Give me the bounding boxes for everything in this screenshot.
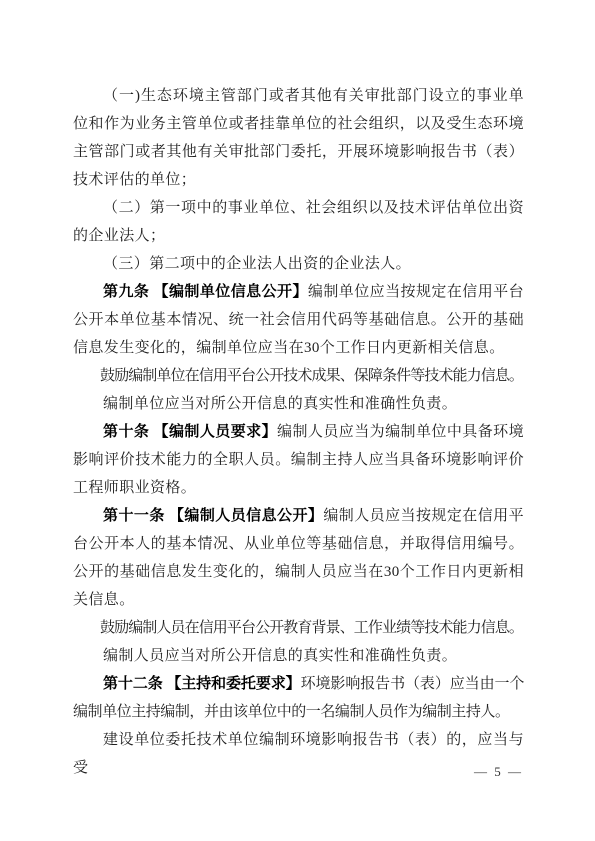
document-body: （一)生态环境主管部门或者其他有关审批部门设立的事业单位和作为业务主管单位或者挂… — [73, 82, 524, 782]
paragraph: 第十一条 【编制人员信息公开】编制人员应当按规定在信用平台公开本人的基本情况、从… — [73, 502, 524, 614]
paragraph-text: （三）第二项中的企业法人出资的企业法人。 — [103, 256, 411, 272]
paragraph: 鼓励编制人员在信用平台公开教育背景、工作业绩等技术能力信息。 — [73, 614, 524, 642]
paragraph-text: 编制人员应当对所公开信息的真实性和准确性负责。 — [103, 648, 457, 664]
paragraph-text: 编制单位应当对所公开信息的真实性和准确性负责。 — [103, 396, 457, 412]
paragraph: （一)生态环境主管部门或者其他有关审批部门设立的事业单位和作为业务主管单位或者挂… — [73, 82, 524, 194]
paragraph: 建设单位委托技术单位编制环境影响报告书（表）的，应当与受 — [73, 726, 524, 782]
paragraph-text: （二）第一项中的事业单位、社会组织以及技术评估单位出资的企业法人； — [73, 200, 524, 244]
paragraph: 第十条 【编制人员要求】编制人员应当为编制单位中具备环境影响评价技术能力的全职人… — [73, 418, 524, 502]
paragraph: 编制人员应当对所公开信息的真实性和准确性负责。 — [73, 642, 524, 670]
paragraph: 编制单位应当对所公开信息的真实性和准确性负责。 — [73, 390, 524, 418]
paragraph: 第十二条 【主持和委托要求】环境影响报告书（表）应当由一个编制单位主持编制，并由… — [73, 670, 524, 726]
paragraph: （二）第一项中的事业单位、社会组织以及技术评估单位出资的企业法人； — [73, 194, 524, 250]
document-page: （一)生态环境主管部门或者其他有关审批部门设立的事业单位和作为业务主管单位或者挂… — [0, 0, 595, 841]
paragraph-text: （一)生态环境主管部门或者其他有关审批部门设立的事业单位和作为业务主管单位或者挂… — [73, 88, 524, 188]
article-heading: 第九条 【编制单位信息公开】 — [103, 284, 308, 300]
paragraph: 第九条 【编制单位信息公开】编制单位应当按规定在信用平台公开本单位基本情况、统一… — [73, 278, 524, 362]
article-heading: 第十一条 【编制人员信息公开】 — [103, 508, 323, 524]
paragraph-text: 鼓励编制单位在信用平台公开技术成果、保障条件等技术能力信息。 — [100, 368, 523, 384]
article-heading: 第十条 【编制人员要求】 — [103, 424, 277, 440]
paragraph-text: 鼓励编制人员在信用平台公开教育背景、工作业绩等技术能力信息。 — [100, 620, 523, 636]
article-heading: 第十二条 【主持和委托要求】 — [103, 676, 301, 692]
paragraph: （三）第二项中的企业法人出资的企业法人。 — [73, 250, 524, 278]
paragraph-text: 建设单位委托技术单位编制环境影响报告书（表）的，应当与受 — [73, 732, 524, 776]
page-number: — 5 — — [474, 764, 523, 780]
paragraph: 鼓励编制单位在信用平台公开技术成果、保障条件等技术能力信息。 — [73, 362, 524, 390]
